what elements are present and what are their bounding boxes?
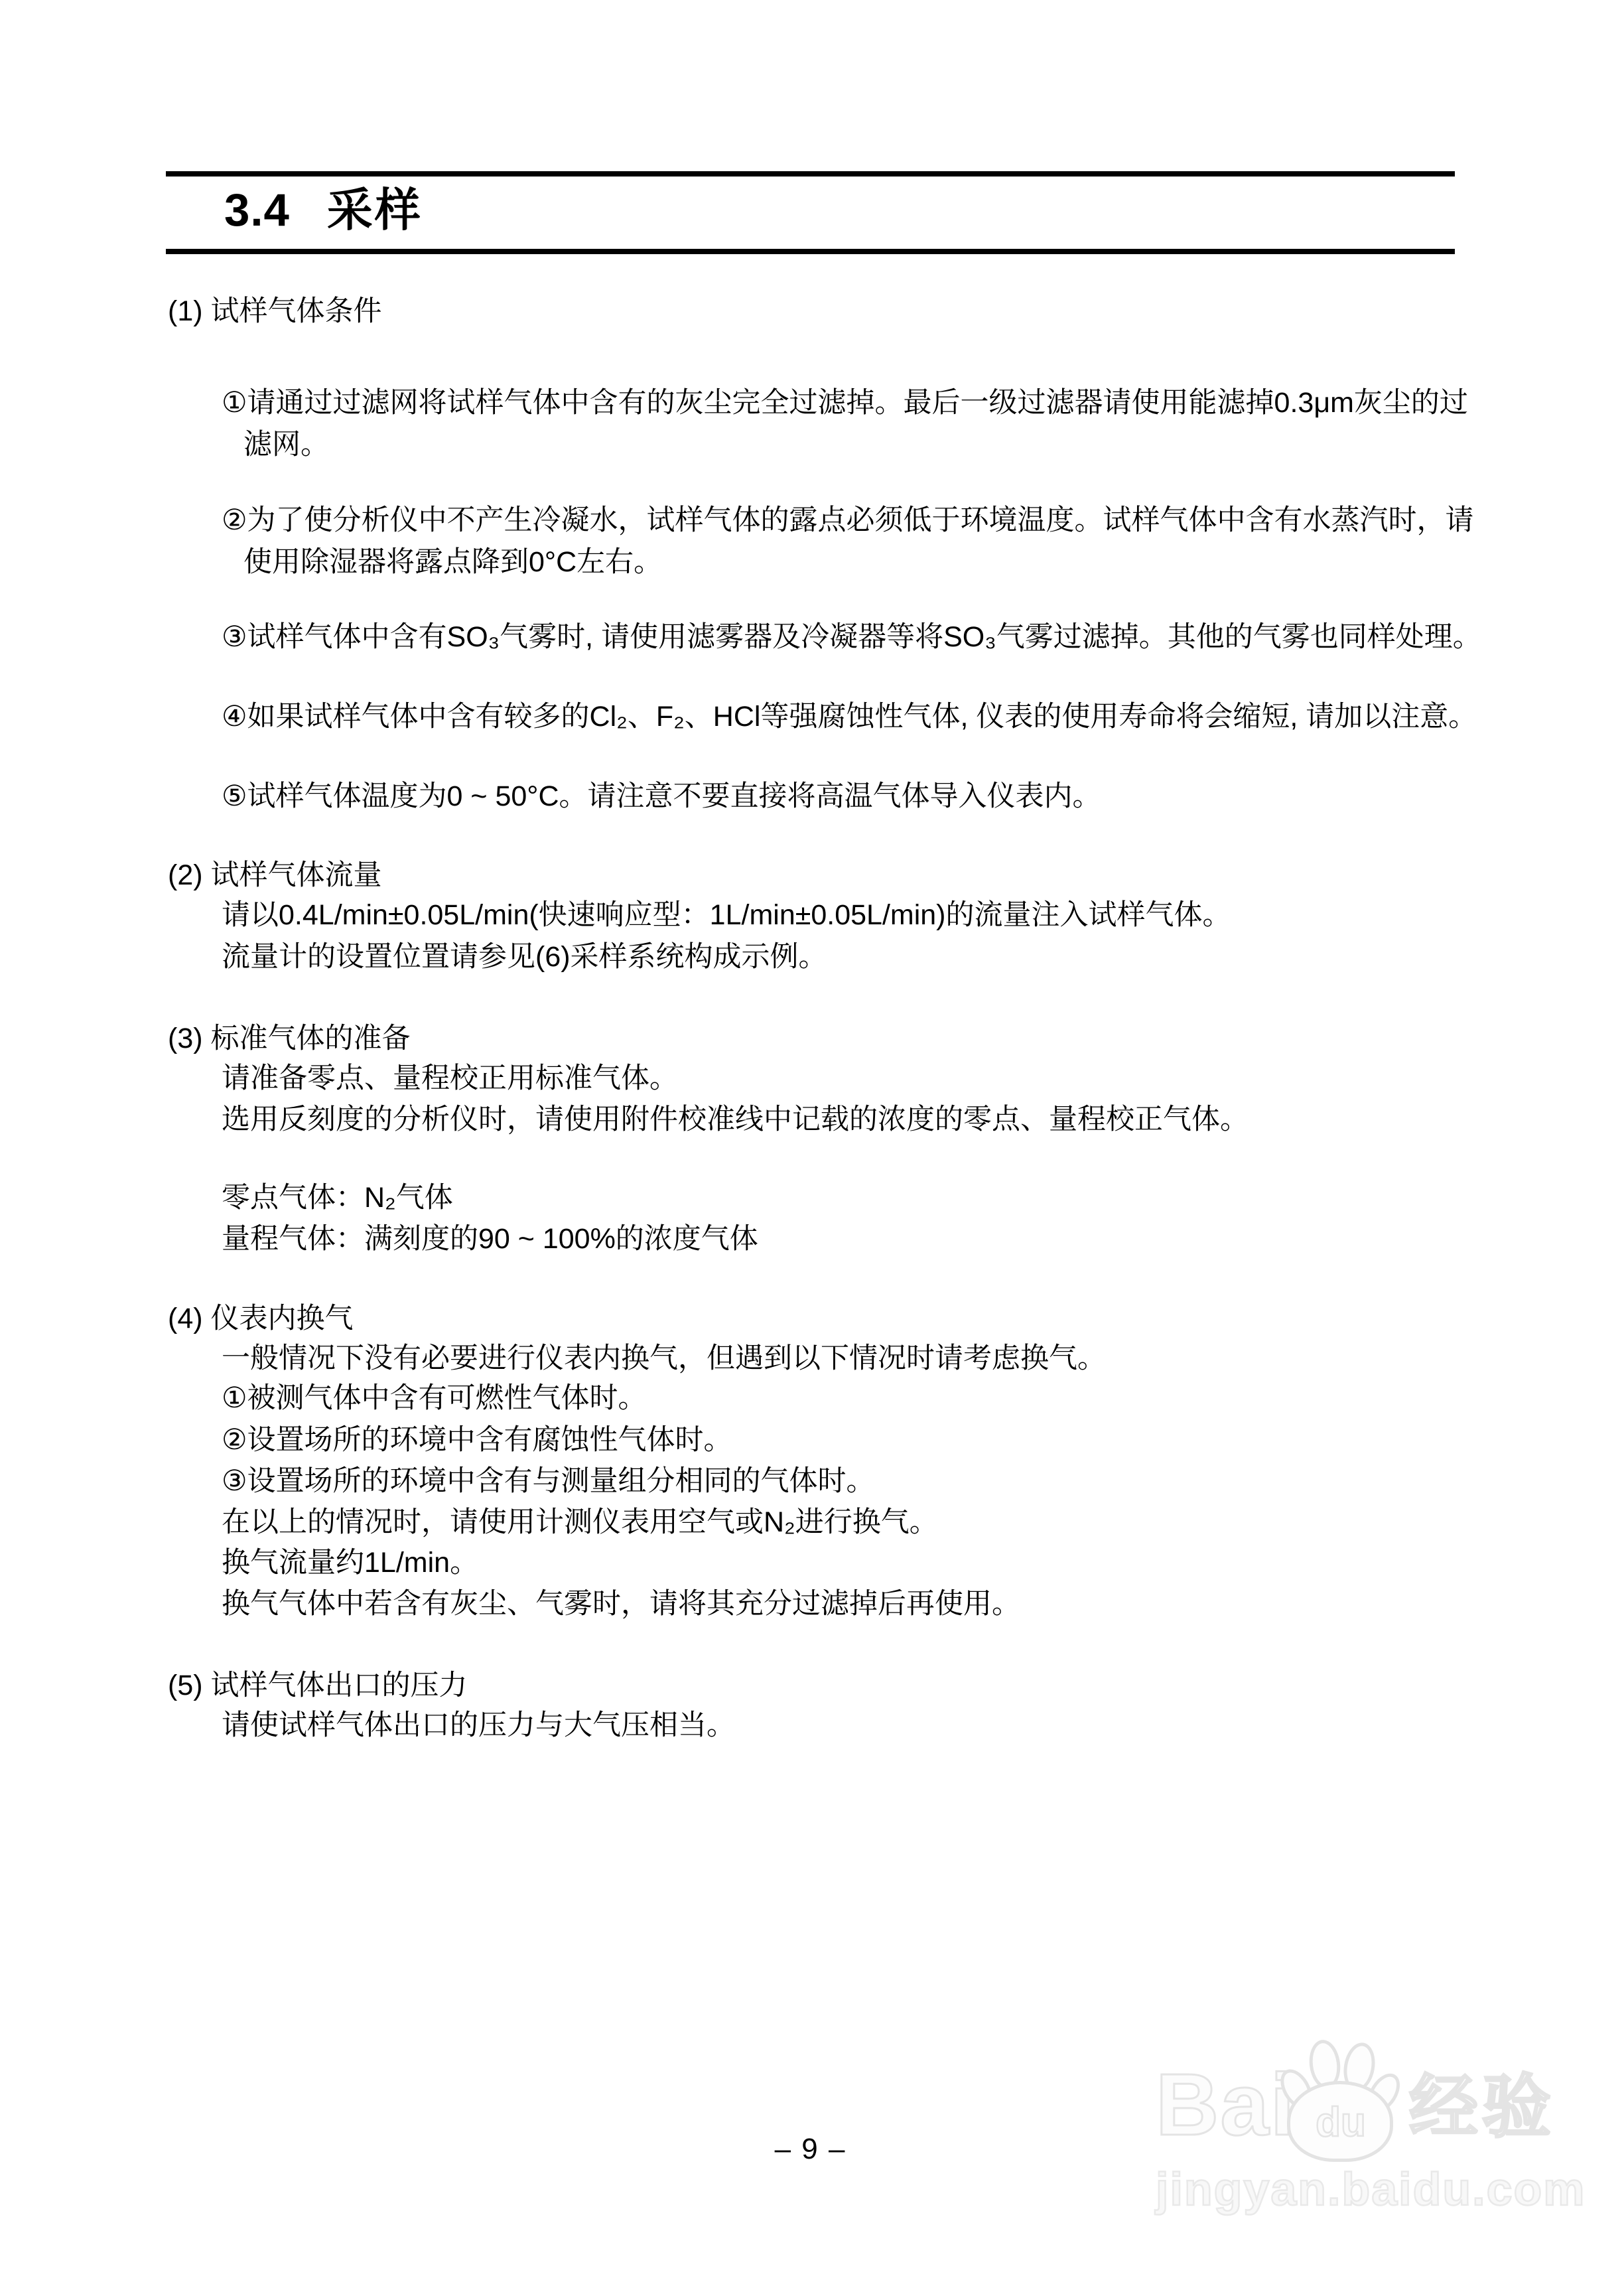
body-line: ①请通过过滤网将试样气体中含有的灰尘完全过滤掉。最后一级过滤器请使用能滤掉0.3… [222,387,1468,419]
body-line: 一般情况下没有必要进行仪表内换气，但遇到以下情况时请考虑换气。 [222,1342,1106,1375]
body-line: ②设置场所的环境中含有腐蚀性气体时。 [222,1424,732,1457]
body-line: ④如果试样气体中含有较多的Cl₂、F₂、HCl等强腐蚀性气体, 仪表的使用寿命将… [222,701,1477,733]
watermark-url: jingyan.baidu.com [1156,2166,1586,2212]
body-line: ③设置场所的环境中含有与测量组分相同的气体时。 [222,1465,875,1498]
page-title: 3.4采样 [224,187,423,233]
body-line: 请准备零点、量程校正用标准气体。 [222,1062,678,1095]
body-line: ⑤试样气体温度为0 ~ 50°C。请注意不要直接将高温气体导入仪表内。 [222,780,1101,813]
body-line: 流量计的设置位置请参见(6)采样系统构成示例。 [222,941,827,973]
manual-page: 3.4采样 (1) 试样气体条件 ①请通过过滤网将试样气体中含有的灰尘完全过滤掉… [0,0,1624,2280]
section-heading: (3) 标准气体的准备 [168,1023,411,1055]
baidu-logo-du: du [1316,2102,1366,2143]
body-line: ②为了使分析仪中不产生冷凝水，试样气体的露点必须低于环境温度。试样气体中含有水蒸… [222,504,1474,537]
body-line: 请使试样气体出口的压力与大气压相当。 [222,1709,735,1742]
body-line: 滤网。 [243,429,329,461]
baidu-paw-icon: du [1284,2038,1397,2162]
body-line: 选用反刻度的分析仪时，请使用附件校准线中记载的浓度的零点、量程校正气体。 [222,1104,1249,1136]
baidu-logo: Bai du 经验 [1156,2038,1613,2163]
body-line: 请以0.4L/min±0.05L/min(快速响应型：1L/min±0.05L/… [222,899,1231,932]
section-heading: (4) 仪表内换气 [168,1303,354,1335]
section-heading: (1) 试样气体条件 [168,295,382,328]
body-line: ①被测气体中含有可燃性气体时。 [222,1382,647,1415]
title-divider-bottom [166,249,1455,254]
body-line: 在以上的情况时，请使用计测仪表用空气或N₂进行换气。 [222,1506,938,1539]
body-line: ③试样气体中含有SO₃气雾时, 请使用滤雾器及冷凝器等将SO₃气雾过滤掉。其他的… [222,621,1481,654]
title-divider-top [166,171,1455,177]
body-line: 零点气体：N₂气体 [222,1182,453,1214]
section-heading: (2) 试样气体流量 [168,859,382,892]
body-line: 换气流量约1L/min。 [222,1547,478,1579]
body-line: 使用除湿器将露点降到0°C左右。 [243,546,662,579]
baidu-logo-cn: 经验 [1409,2073,1555,2142]
body-line: 换气气体中若含有灰尘、气雾时，请将其充分过滤掉后再使用。 [222,1588,1020,1620]
section-number: 3.4 [224,184,290,236]
section-title-text: 采样 [327,184,423,236]
body-line: 量程气体：满刻度的90 ~ 100%的浓度气体 [222,1223,758,1255]
baidu-watermark: Bai du 经验 jingyan.baidu.com [1156,2038,1613,2163]
baidu-logo-latin: Bai [1156,2061,1296,2149]
section-heading: (5) 试样气体出口的压力 [168,1670,468,1702]
